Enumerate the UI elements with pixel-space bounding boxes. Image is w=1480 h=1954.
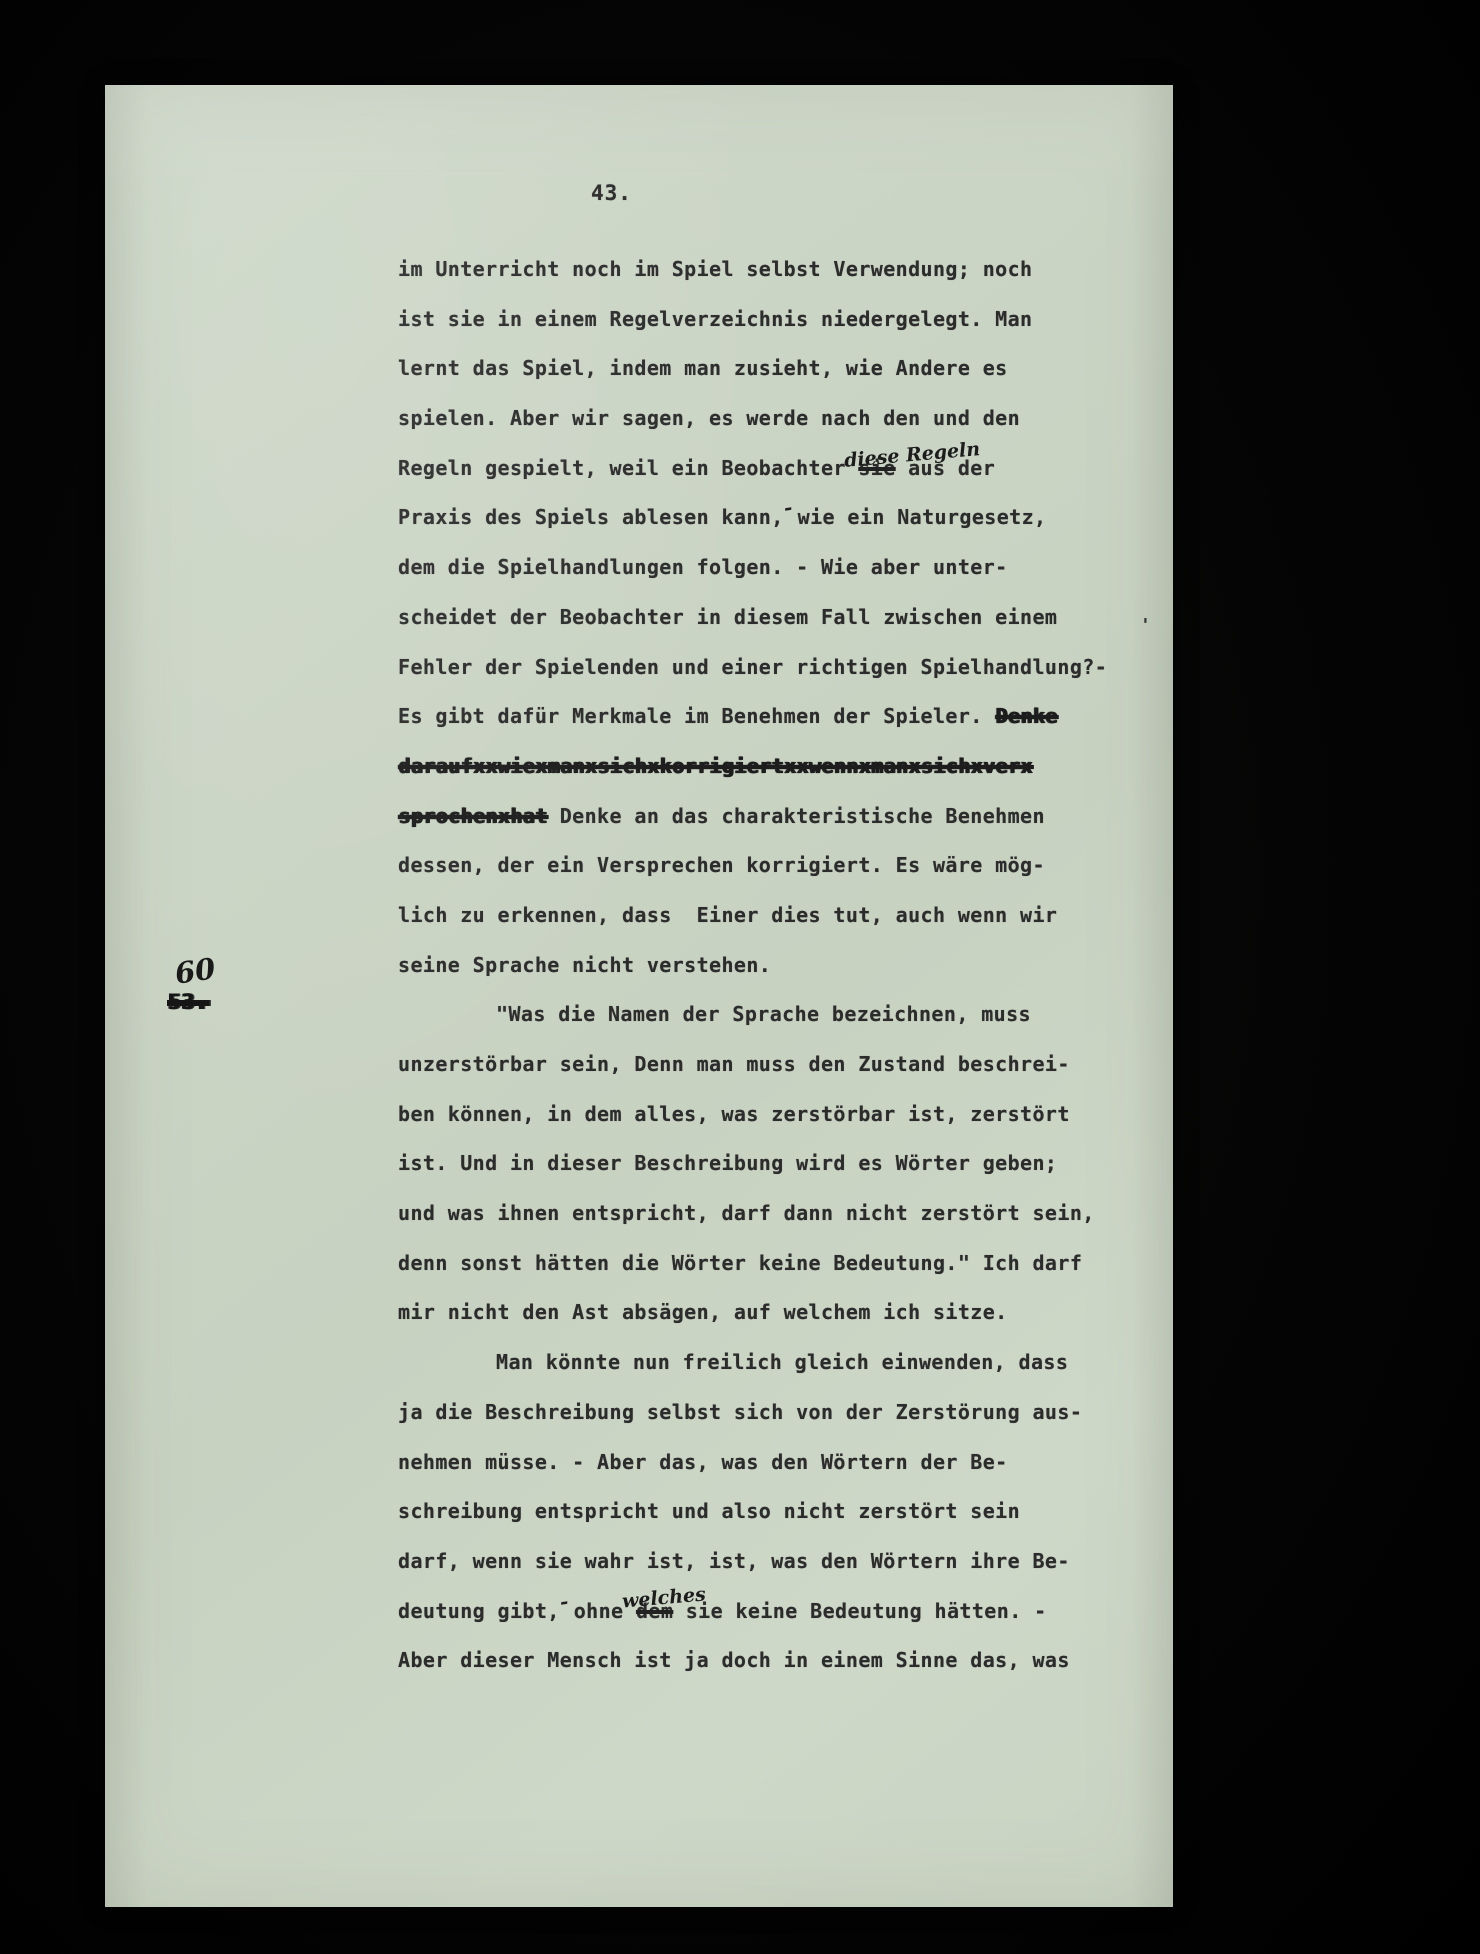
text-line: darf, wenn sie wahr ist, ist, was den Wö… xyxy=(398,1537,1138,1587)
typed-text: Regeln gespielt, weil ein Beobachter xyxy=(398,456,858,480)
margin-struck-number: 53. xyxy=(167,990,215,1014)
typed-text: und was ihnen entspricht, darf dann nich… xyxy=(398,1201,1095,1225)
desktop-background: 43. 60 53. im Unterricht noch im Spiel s… xyxy=(0,0,1480,1954)
text-line: "Was die Namen der Sprache bezeichnen, m… xyxy=(398,990,1138,1040)
text-line: unzerstörbar sein, Denn man muss den Zus… xyxy=(398,1040,1138,1090)
typed-text: Fehler der Spielenden und einer richtige… xyxy=(398,655,1107,679)
typed-text: lich zu erkennen, dass Einer dies tut, a… xyxy=(398,903,1057,927)
typed-text: dem die Spielhandlungen folgen. - Wie ab… xyxy=(398,555,1008,579)
stray-pen-mark: ' xyxy=(1140,615,1151,636)
text-line: im Unterricht noch im Spiel selbst Verwe… xyxy=(398,245,1138,295)
struck-text: Denke xyxy=(995,704,1057,728)
typed-text: sie keine Bedeutung hätten. - xyxy=(673,1599,1046,1623)
typed-text: scheidet der Beobachter in diesem Fall z… xyxy=(398,605,1057,629)
typed-text: ben können, in dem alles, was zerstörbar… xyxy=(398,1102,1070,1126)
text-line: Man könnte nun freilich gleich einwenden… xyxy=(398,1338,1138,1388)
margin-handwritten-number: 60 xyxy=(173,954,217,988)
struck-text: sprochenxhat xyxy=(398,804,547,828)
typed-text: spielen. Aber wir sagen, es werde nach d… xyxy=(398,406,1020,430)
typed-text: wie ein Naturgesetz, xyxy=(798,505,1047,529)
text-line: Fehler der Spielenden und einer richtige… xyxy=(398,643,1138,693)
typed-text: ist sie in einem Regelverzeichnis nieder… xyxy=(398,307,1033,331)
text-line: ist. Und in dieser Beschreibung wird es … xyxy=(398,1139,1138,1189)
typed-text: dessen, der ein Versprechen korrigiert. … xyxy=(398,853,1045,877)
text-line: Regeln gespielt, weil ein Beobachter die… xyxy=(398,444,1138,494)
text-line: seine Sprache nicht verstehen. xyxy=(398,941,1138,991)
corrected-text: diese Regelnsie xyxy=(858,444,895,494)
typescript-text: im Unterricht noch im Spiel selbst Verwe… xyxy=(398,245,1138,1686)
page-number: 43. xyxy=(591,181,632,205)
text-line: ja die Beschreibung selbst sich von der … xyxy=(398,1388,1138,1438)
typed-text: schreibung entspricht und also nicht zer… xyxy=(398,1499,1020,1523)
text-line: scheidet der Beobachter in diesem Fall z… xyxy=(398,593,1138,643)
typed-text: deutung gibt, xyxy=(398,1599,560,1623)
text-line: spielen. Aber wir sagen, es werde nach d… xyxy=(398,394,1138,444)
typed-text: im Unterricht noch im Spiel selbst Verwe… xyxy=(398,257,1033,281)
text-line: denn sonst hätten die Wörter keine Bedeu… xyxy=(398,1239,1138,1289)
text-line: Aber dieser Mensch ist ja doch in einem … xyxy=(398,1636,1138,1686)
text-line: lich zu erkennen, dass Einer dies tut, a… xyxy=(398,891,1138,941)
typed-text: seine Sprache nicht verstehen. xyxy=(398,953,771,977)
typed-text: Denke an das charakteristische Benehmen xyxy=(547,804,1045,828)
text-line: dessen, der ein Versprechen korrigiert. … xyxy=(398,841,1138,891)
typed-text: Praxis des Spiels ablesen kann, xyxy=(398,505,784,529)
typed-text: mir nicht den Ast absägen, auf welchem i… xyxy=(398,1300,1008,1324)
text-line: mir nicht den Ast absägen, auf welchem i… xyxy=(398,1288,1138,1338)
typed-text: unzerstörbar sein, Denn man muss den Zus… xyxy=(398,1052,1070,1076)
text-line: dem die Spielhandlungen folgen. - Wie ab… xyxy=(398,543,1138,593)
corrected-text: welchesdem xyxy=(636,1587,673,1637)
typed-text: Aber dieser Mensch ist ja doch in einem … xyxy=(398,1648,1070,1672)
margin-note: 60 53. xyxy=(167,957,215,1014)
text-line: lernt das Spiel, indem man zusieht, wie … xyxy=(398,344,1138,394)
typed-text: denn sonst hätten die Wörter keine Bedeu… xyxy=(398,1251,1082,1275)
typed-text: nehmen müsse. - Aber das, was den Wörter… xyxy=(398,1450,1008,1474)
typed-text: lernt das Spiel, indem man zusieht, wie … xyxy=(398,356,1008,380)
manuscript-page: 43. 60 53. im Unterricht noch im Spiel s… xyxy=(105,85,1173,1907)
text-line: und was ihnen entspricht, darf dann nich… xyxy=(398,1189,1138,1239)
typed-text: "Was die Namen der Sprache bezeichnen, m… xyxy=(496,1002,1031,1026)
text-line: deutung gibt,-ohne welchesdem sie keine … xyxy=(398,1587,1138,1637)
text-line: Praxis des Spiels ablesen kann,-wie ein … xyxy=(398,493,1138,543)
struck-text: daraufxxwiexmanxsichxkorrigiertxxwennxma… xyxy=(398,754,1033,778)
typed-text: ist. Und in dieser Beschreibung wird es … xyxy=(398,1151,1057,1175)
text-line: ist sie in einem Regelverzeichnis nieder… xyxy=(398,295,1138,345)
typed-text: Man könnte nun freilich gleich einwenden… xyxy=(496,1350,1068,1374)
typed-text: ja die Beschreibung selbst sich von der … xyxy=(398,1400,1082,1424)
text-line: ben können, in dem alles, was zerstörbar… xyxy=(398,1090,1138,1140)
typed-text: Es gibt dafür Merkmale im Benehmen der S… xyxy=(398,704,995,728)
text-line: nehmen müsse. - Aber das, was den Wörter… xyxy=(398,1438,1138,1488)
typed-text: darf, wenn sie wahr ist, ist, was den Wö… xyxy=(398,1549,1070,1573)
text-line: sprochenxhat Denke an das charakteristis… xyxy=(398,792,1138,842)
text-line: daraufxxwiexmanxsichxkorrigiertxxwennxma… xyxy=(398,742,1138,792)
text-line: Es gibt dafür Merkmale im Benehmen der S… xyxy=(398,692,1138,742)
text-line: schreibung entspricht und also nicht zer… xyxy=(398,1487,1138,1537)
